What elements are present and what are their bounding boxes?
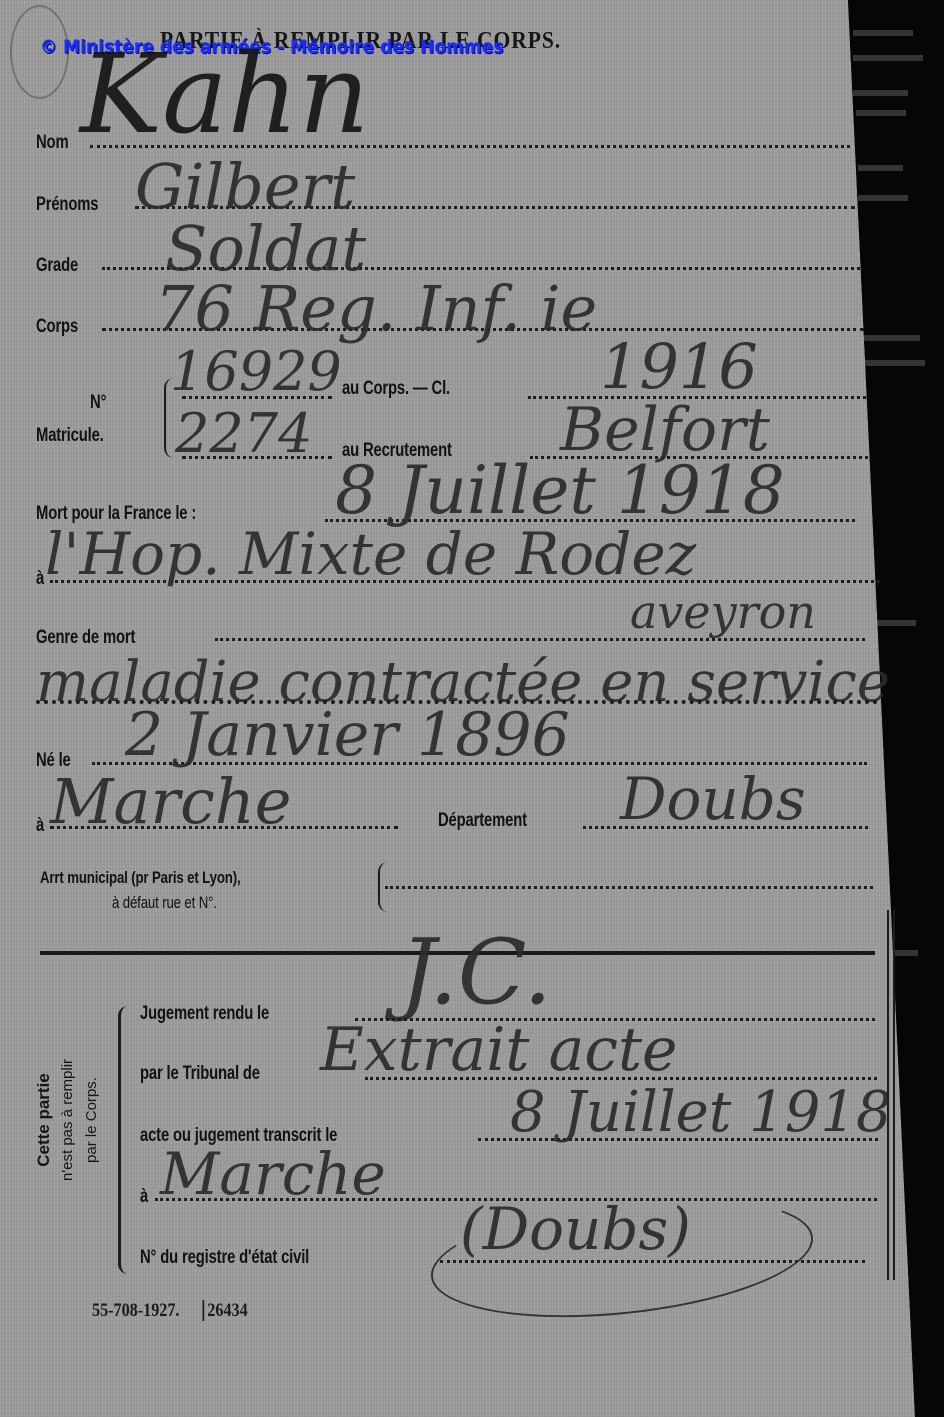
print-reference: 55-708-1927.	[92, 1300, 179, 1321]
corps-value: 76 Reg. Inf. ie	[155, 272, 597, 345]
au-corps-label: au Corps. — Cl.	[342, 378, 450, 400]
matricule-label: Matricule.	[36, 425, 104, 447]
transcrit-value: 8 Juillet 1918	[510, 1080, 892, 1145]
nom-value: Kahn	[80, 30, 369, 158]
grade-label: Grade	[36, 255, 78, 277]
lieu-value: Marche	[160, 1140, 386, 1208]
nom-label: Nom	[36, 132, 68, 154]
au-corps-number-value: 16929	[170, 340, 342, 403]
border-line-inner	[893, 910, 895, 1280]
genre-mort-line	[215, 638, 865, 641]
arrondissement-label-line2: à défaut rue et N°.	[112, 893, 217, 913]
tribunal-value: Extrait acte	[320, 1015, 678, 1085]
departement-label: Département	[438, 810, 527, 832]
corps-label: Corps	[36, 316, 78, 338]
mort-lieu-value-line2: aveyron	[630, 585, 816, 639]
side-note-line3: par le Corps.	[80, 1000, 104, 1240]
registre-label: N° du registre d'état civil	[140, 1247, 309, 1269]
genre-mort-label: Genre de mort	[36, 627, 135, 649]
initials: J.C.	[400, 920, 552, 1025]
matricule-no-label: N°	[90, 392, 106, 414]
ne-le-value: 2 Janvier 1896	[125, 700, 570, 770]
footer-ref: 55-708-1927. 26434	[92, 1300, 248, 1322]
mort-lieu-value: l'Hop. Mixte de Rodez	[45, 520, 696, 588]
prenoms-label: Prénoms	[36, 194, 98, 216]
side-note-line2: n'est pas à remplir	[56, 1000, 80, 1240]
mort-date-value: 8 Juillet 1918	[335, 452, 785, 529]
departement-value: Doubs	[620, 765, 806, 833]
lieu-label: à	[140, 1186, 148, 1208]
form-number: 26434	[202, 1300, 247, 1321]
side-note: Cette partie n'est pas à remplir par le …	[32, 1000, 104, 1240]
arrondissement-line	[385, 886, 873, 889]
border-line-outer	[887, 910, 889, 1280]
recrutement-number-value: 2274	[175, 402, 312, 465]
arrondissement-label-line1: Arrt municipal (pr Paris et Lyon),	[40, 868, 241, 888]
mort-lieu-label: à	[36, 568, 44, 590]
side-note-line1: Cette partie	[32, 1000, 56, 1240]
jugement-label: Jugement rendu le	[140, 1003, 269, 1025]
tribunal-label: par le Tribunal de	[140, 1063, 260, 1085]
ne-lieu-value: Marche	[50, 765, 291, 838]
classe-value: 1916	[600, 330, 758, 403]
civil-section-brace	[118, 1006, 131, 1274]
ne-lieu-label: à	[36, 815, 44, 837]
